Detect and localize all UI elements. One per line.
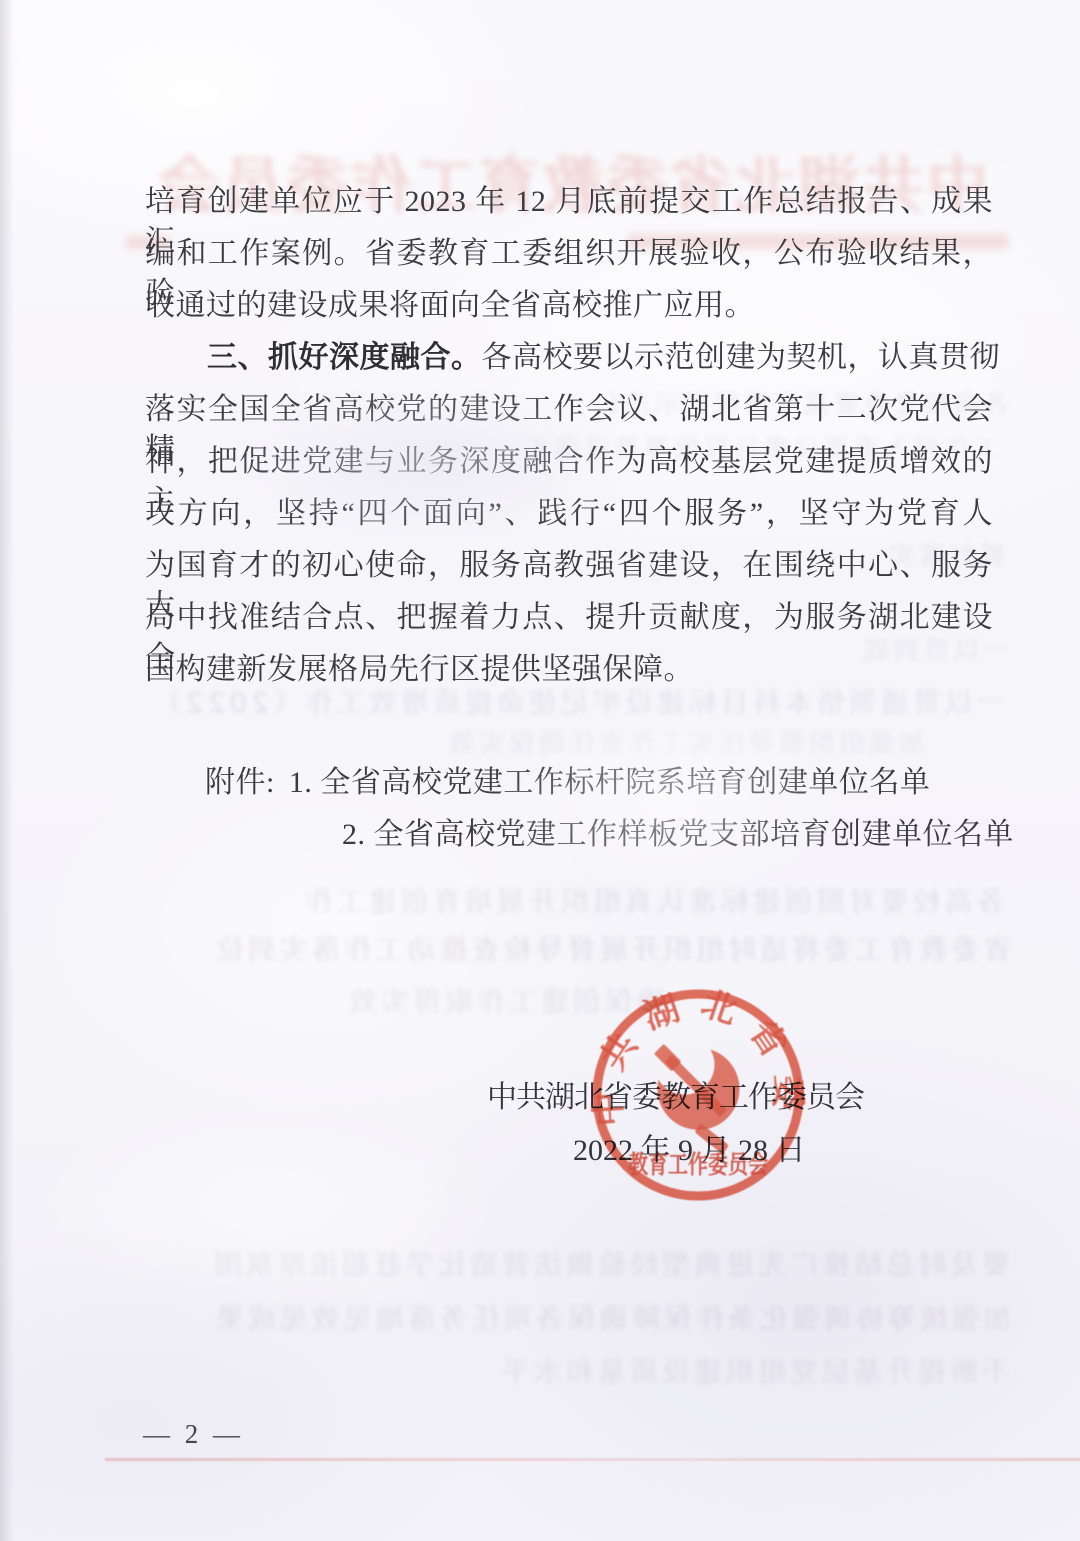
- official-seal: 中共湖北省委 教育工作委员会: [590, 987, 806, 1203]
- attachment-row: 2. 全省高校党建工作样板党支部培育创建单位名单: [342, 809, 1014, 853]
- seal-bottom-text: 教育工作委员会: [628, 1150, 768, 1179]
- attachment-item-2: 2. 全省高校党建工作样板党支部培育创建单位名单: [342, 818, 1014, 851]
- paragraph-text: 各高校要以示范创建为契机，认真贯彻: [482, 341, 1001, 374]
- paragraph-line: 攻方向，坚持“四个面向”、践行“四个服务”，坚守为党育人: [145, 494, 993, 534]
- paragraph-line: 收通过的建设成果将面向全省高校推广应用。: [145, 286, 993, 326]
- attachment-item-1: 1. 全省高校党建工作标杆院系培育创建单位名单: [289, 766, 931, 799]
- page-number: — 2 —: [143, 1419, 244, 1450]
- scanned-document-page: 中共湖北省委教育工作委员会 各高校党委要高度重视把示范创建 工作列入重要议事日程…: [0, 0, 1080, 1541]
- ghost-text-row: 省委教育工委将适时组织开展督导检查推动工作落实到位: [112, 928, 1012, 968]
- ghost-text-row: 各高校要对照创建标准认真组织开展培育创建工作: [150, 880, 1005, 920]
- ghost-text-row: 加强统筹协调强化条件保障确保各项任务落地见效见成果: [112, 1297, 1012, 1337]
- section-heading: 三、抓好深度融合。: [207, 340, 482, 375]
- ghost-text-row: 不断提升基层党组织建设质量和水平: [300, 1350, 1010, 1390]
- hammer-sickle-icon: [649, 1044, 754, 1154]
- footer-rule: [105, 1458, 1080, 1461]
- ghost-text-row: 确保创建工作取得实效: [120, 980, 665, 1020]
- ghost-text-row: 加强组织领导压实工作责任确保实效: [235, 723, 925, 760]
- paragraph-line: 三、抓好深度融合。各高校要以示范创建为契机，认真贯彻: [145, 338, 993, 378]
- ghost-text-row: 要及时总结推广先进典型经验做法营造比学赶超浓厚氛围: [150, 1243, 1010, 1283]
- attachment-row: 附件:1. 全省高校党建工作标杆院系培育创建单位名单: [205, 757, 930, 801]
- attachment-label: 附件:: [205, 766, 275, 799]
- paragraph-line: 国构建新发展格局先行区提供坚强保障。: [145, 650, 993, 690]
